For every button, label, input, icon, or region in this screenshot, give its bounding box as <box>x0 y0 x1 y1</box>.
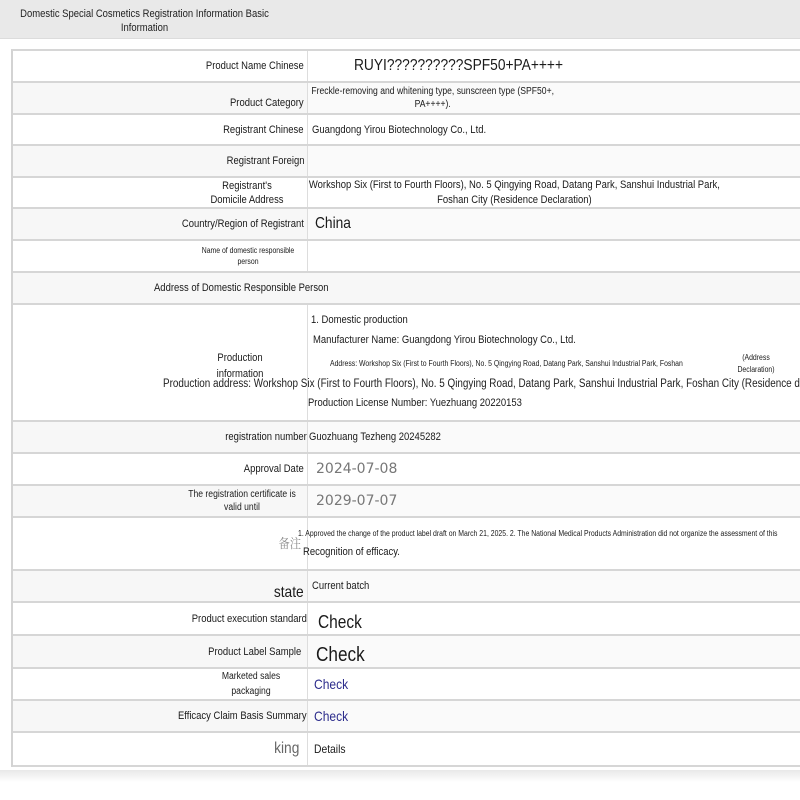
table-row: Name of domestic responsible person <box>13 241 800 273</box>
domicile-value: Workshop Six (First to Fourth Floors), N… <box>308 178 721 208</box>
table-row: Country/Region of Registrant China <box>13 209 800 241</box>
table-row: Marketed sales packaging Check <box>13 669 800 701</box>
row-label: Marketed sales packaging <box>217 669 286 699</box>
execution-standard-check-link[interactable]: Check <box>318 612 362 633</box>
production-address-short: Address: Workshop Six (First to Fourth F… <box>330 359 683 368</box>
row-label: Efficacy Claim Basis Summary <box>178 709 307 723</box>
table-row: state Current batch <box>13 571 800 603</box>
registrant-chinese-value: Guangdong Yirou Biotechnology Co., Ltd. <box>312 124 486 136</box>
row-label: Registrant Chinese <box>224 123 304 137</box>
category-value: Freckle-removing and whitening type, sun… <box>308 85 557 111</box>
row-label: Name of domestic responsible person <box>201 245 296 267</box>
page-header: Domestic Special Cosmetics Registration … <box>0 0 800 39</box>
approval-date-value: 2024-07-08 <box>316 461 397 477</box>
remarks-line-2: Recognition of efficacy. <box>303 546 400 558</box>
production-license: Production License Number: Yuezhuang 202… <box>308 397 522 409</box>
row-label: Registrant's Domicile Address <box>204 179 290 207</box>
product-name-value: RUYI??????????SPF50+PA++++ <box>354 57 563 75</box>
state-label: state <box>274 586 304 600</box>
details-link[interactable]: Details <box>314 742 346 756</box>
table-row: Product Label Sample Check <box>13 636 800 669</box>
row-label: Product execution standard <box>192 612 307 626</box>
registration-number-value: Guozhuang Tezheng 20245282 <box>309 431 441 443</box>
state-value: Current batch <box>312 580 369 592</box>
production-address-note: (Address Declaration) <box>730 352 782 376</box>
row-label: Address of Domestic Responsible Person <box>154 281 329 295</box>
table-row: Registrant Chinese Guangdong Yirou Biote… <box>13 115 800 146</box>
row-label: Registrant Foreign <box>226 154 304 168</box>
production-address-full: Production address: Workshop Six (First … <box>163 378 800 390</box>
table-row: Registrant's Domicile Address Workshop S… <box>13 178 800 209</box>
table-row: Registrant Foreign <box>13 146 800 178</box>
table-row: Product Name Chinese RUYI??????????SPF50… <box>13 51 800 83</box>
table-row: Efficacy Claim Basis Summary Check <box>13 701 800 733</box>
row-label: Product Name Chinese <box>206 59 304 73</box>
packaging-check-link[interactable]: Check <box>314 676 348 692</box>
remarks-line-1: 1. Approved the change of the product la… <box>298 529 777 538</box>
country-value: China <box>315 215 351 233</box>
table-row: Product execution standard Check <box>13 603 800 636</box>
table-row: Address of Domestic Responsible Person <box>13 273 800 305</box>
row-label: Product Label Sample <box>208 645 301 659</box>
row-label: The registration certificate is valid un… <box>186 488 298 514</box>
label-sample-check-link[interactable]: Check <box>316 644 365 667</box>
table-row: Approval Date 2024-07-08 <box>13 454 800 486</box>
bottom-shadow <box>0 770 800 782</box>
row-label: Country/Region of Registrant <box>182 217 304 231</box>
row-label: Product Category <box>230 96 304 110</box>
table-row: Production information 1. Domestic produ… <box>13 305 800 422</box>
table-row: registration number Guozhuang Tezheng 20… <box>13 422 800 454</box>
table-row: Product Category Freckle-removing and wh… <box>13 83 800 115</box>
page-title: Domestic Special Cosmetics Registration … <box>0 7 289 35</box>
registration-table: Product Name Chinese RUYI??????????SPF50… <box>11 49 800 767</box>
production-manufacturer: Manufacturer Name: Guangdong Yirou Biote… <box>313 334 576 346</box>
valid-until-value: 2029-07-07 <box>316 493 397 509</box>
table-row: The registration certificate is valid un… <box>13 486 800 518</box>
row-label: registration number <box>225 430 307 444</box>
production-line-1: 1. Domestic production <box>311 314 408 326</box>
table-row: king Details <box>13 733 800 767</box>
table-row: 备注 1. Approved the change of the product… <box>13 518 800 571</box>
king-label: king <box>274 742 299 756</box>
efficacy-check-link[interactable]: Check <box>314 708 348 724</box>
row-label: Approval Date <box>244 462 304 476</box>
